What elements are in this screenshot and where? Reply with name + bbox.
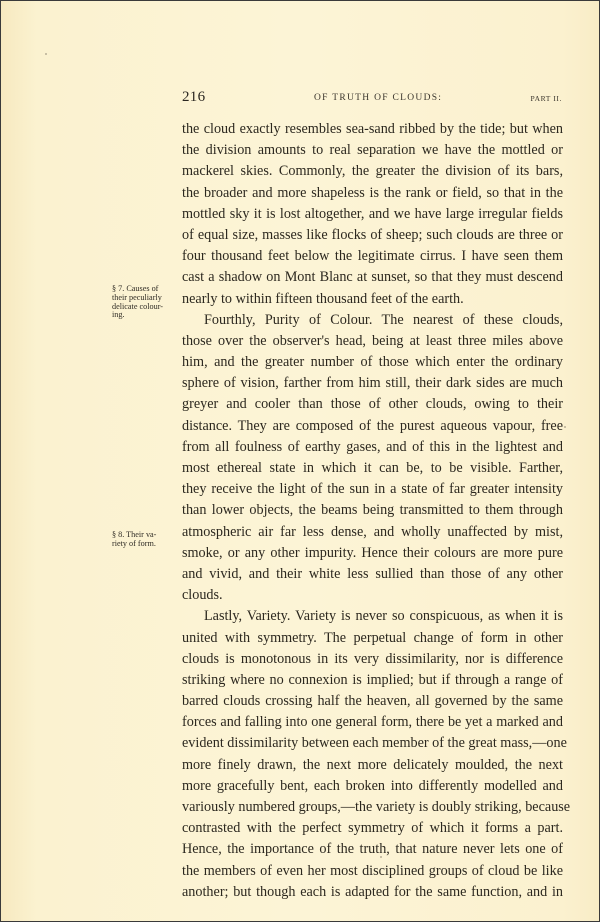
- text-line: united with symmetry. The perpetual chan…: [182, 628, 563, 649]
- text-line: those over the observer's head, being at…: [182, 331, 563, 352]
- text-line: four thousand feet below the legitimate …: [182, 246, 563, 267]
- paper-speck: [564, 426, 566, 428]
- text-line: Hence, the importance of the truth, that…: [182, 839, 563, 860]
- text-line: most ethereal state in which it can be, …: [182, 458, 563, 479]
- text-line: barred clouds crossing half the heaven, …: [182, 691, 563, 712]
- book-page: 216 OF TRUTH OF CLOUDS: PART II. § 7. Ca…: [0, 0, 600, 922]
- text-line: distance. They are composed of the pures…: [182, 416, 563, 437]
- body-text: the cloud exactly resembles sea-sand rib…: [182, 119, 563, 903]
- text-line: the division amounts to real separation …: [182, 140, 563, 161]
- text-line: evident dissimilarity between each membe…: [182, 733, 563, 754]
- paragraph-start-line: Fourthly, Purity of Colour. The nearest …: [182, 310, 563, 331]
- text-line: atmospheric air far less dense, and whol…: [182, 522, 563, 543]
- text-line: mottled sky it is lost altogether, and w…: [182, 204, 563, 225]
- text-line: him, and the greater number of those whi…: [182, 352, 563, 373]
- text-line: mackerel skies. Commonly, the greater th…: [182, 161, 563, 182]
- part-label: PART II.: [531, 94, 562, 103]
- text-line: the members of even her most disciplined…: [182, 861, 563, 882]
- sidenote-section-7: § 7. Causes of their peculiarly delicate…: [112, 285, 178, 320]
- text-line: smoke, or any other impurity. Hence thei…: [182, 543, 563, 564]
- text-line: nearly to within fifteen thousand feet o…: [182, 289, 563, 310]
- text-line: and vivid, and their white less sullied …: [182, 564, 563, 585]
- sidenote-line: riety of form.: [112, 540, 178, 549]
- text-line: striking where no connexion is implied; …: [182, 670, 563, 691]
- text-line: forces and falling into one general form…: [182, 712, 563, 733]
- text-line: more finely drawn, the next more delicat…: [182, 755, 563, 776]
- text-line: than lower objects, the beams being tran…: [182, 500, 563, 521]
- text-line: contrasted with the perfect symmetry of …: [182, 818, 563, 839]
- text-line: greyer and cooler than those of other cl…: [182, 394, 563, 415]
- text-line: they receive the light of the sun in a s…: [182, 479, 563, 500]
- text-line: the broader and more shapeless is the ra…: [182, 183, 563, 204]
- text-line: another; but though each is adapted for …: [182, 882, 563, 903]
- sidenote-line: ing.: [112, 311, 178, 320]
- running-head: 216 OF TRUTH OF CLOUDS: PART II.: [182, 89, 562, 107]
- sidenote-section-8: § 8. Their va- riety of form.: [112, 531, 178, 549]
- text-line: cast a shadow on Mont Blanc at sunset, s…: [182, 267, 563, 288]
- paragraph-start-line: Lastly, Variety. Variety is never so con…: [182, 606, 563, 627]
- text-line: clouds is monotonous in its very dissimi…: [182, 649, 563, 670]
- text-line: of equal size, masses like flocks of she…: [182, 225, 563, 246]
- page-number: 216: [182, 89, 205, 106]
- text-line: clouds.: [182, 585, 563, 606]
- text-line: the cloud exactly resembles sea-sand rib…: [182, 119, 563, 140]
- text-line: variously numbered groups,—the variety i…: [182, 797, 563, 818]
- chapter-title: OF TRUTH OF CLOUDS:: [314, 93, 442, 103]
- text-line: more gracefully bent, each broken into d…: [182, 776, 563, 797]
- text-line: from all foulness of earthy gases, and o…: [182, 437, 563, 458]
- text-line: sphere of vision, farther from him still…: [182, 373, 563, 394]
- paper-speck: [45, 53, 47, 55]
